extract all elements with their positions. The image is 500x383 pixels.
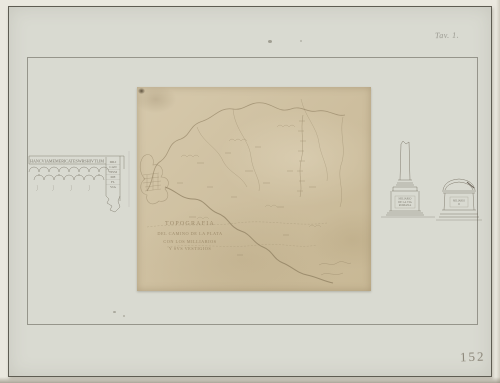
inscription-fragment-drawing: HANCVIAMEMERICATESWRSHIVTLIM DILI CAN TI… [27, 149, 133, 215]
map-title-line: CON LOS MILLIARIOS [147, 239, 233, 244]
inscription-side-line: CAN [109, 165, 117, 169]
inscription-side-line: TISSI [109, 170, 118, 174]
map-drawing: TOPOGRAFIA DEL CAMINO DE LA PLATA CON LO… [137, 87, 371, 291]
map-river-tributary-1 [197, 127, 247, 187]
paper-speck [123, 315, 125, 317]
scan-edge-shadow [0, 377, 500, 383]
cippus-plaque-line: II [458, 203, 460, 206]
inscription-side-line: VIA [110, 185, 117, 189]
map-right-stream [340, 117, 343, 207]
inscription-scallop-row-1 [29, 167, 109, 172]
milestone-cap-block [392, 187, 418, 191]
inscription-hanging-curls [36, 185, 90, 191]
map-mountain-border [147, 103, 345, 191]
map-hill-lobes [140, 155, 168, 204]
map-linework [137, 87, 371, 291]
scallop-dot [78, 174, 79, 175]
paper-speck [300, 40, 302, 42]
scallop-dot [98, 174, 99, 175]
scanned-plate: Tav. 1. HANCVIAMEMERICATESWRSHIVTLIM DIL… [0, 0, 500, 383]
inscription-band-text: HANCVIAMEMERICATESWRSHIVTLIM [30, 158, 104, 163]
map-se-cluster [319, 262, 351, 275]
scallop-dot [38, 174, 39, 175]
inscription-broken-edge [106, 196, 120, 212]
inscription-side-line: FL [111, 180, 115, 184]
inscription-scallop-row-2 [34, 175, 104, 180]
catalog-number-stamp: 152 [460, 349, 486, 366]
plate-number-annotation: Tav. 1. [435, 31, 459, 40]
milestone-column-drawing: MILIARIO DE LA VIA ROMANA [378, 138, 438, 222]
map-title-line: Y SVS VESTIGIOS [147, 246, 233, 251]
milestone-shaft [400, 141, 410, 180]
map-river-tributary-2 [233, 109, 259, 191]
scan-edge-shade [496, 0, 500, 383]
scallop-dot [58, 174, 59, 175]
inscription-side-line: ME [110, 175, 115, 179]
inscription-side-line: DILI [110, 160, 118, 164]
milestone-capital-moldings [396, 180, 414, 185]
cippus-base [439, 210, 479, 217]
paper-speck [268, 40, 272, 43]
map-town-grid [143, 173, 161, 191]
map-title-line: TOPOGRAFIA [147, 221, 233, 227]
cippus-cap-lines [442, 191, 476, 193]
map-road-with-ticks [300, 115, 303, 197]
map-road-tick-marks [297, 121, 306, 191]
milestone-plaque-line: ROMANA [399, 204, 411, 207]
milestone-cippus-drawing: MILIARIO II [433, 176, 485, 224]
map-title-block: TOPOGRAFIA DEL CAMINO DE LA PLATA CON LO… [147, 221, 233, 251]
map-title-line: DEL CAMINO DE LA PLATA [147, 231, 233, 236]
paper-speck [113, 311, 116, 313]
map-ink-blotch [138, 88, 145, 94]
